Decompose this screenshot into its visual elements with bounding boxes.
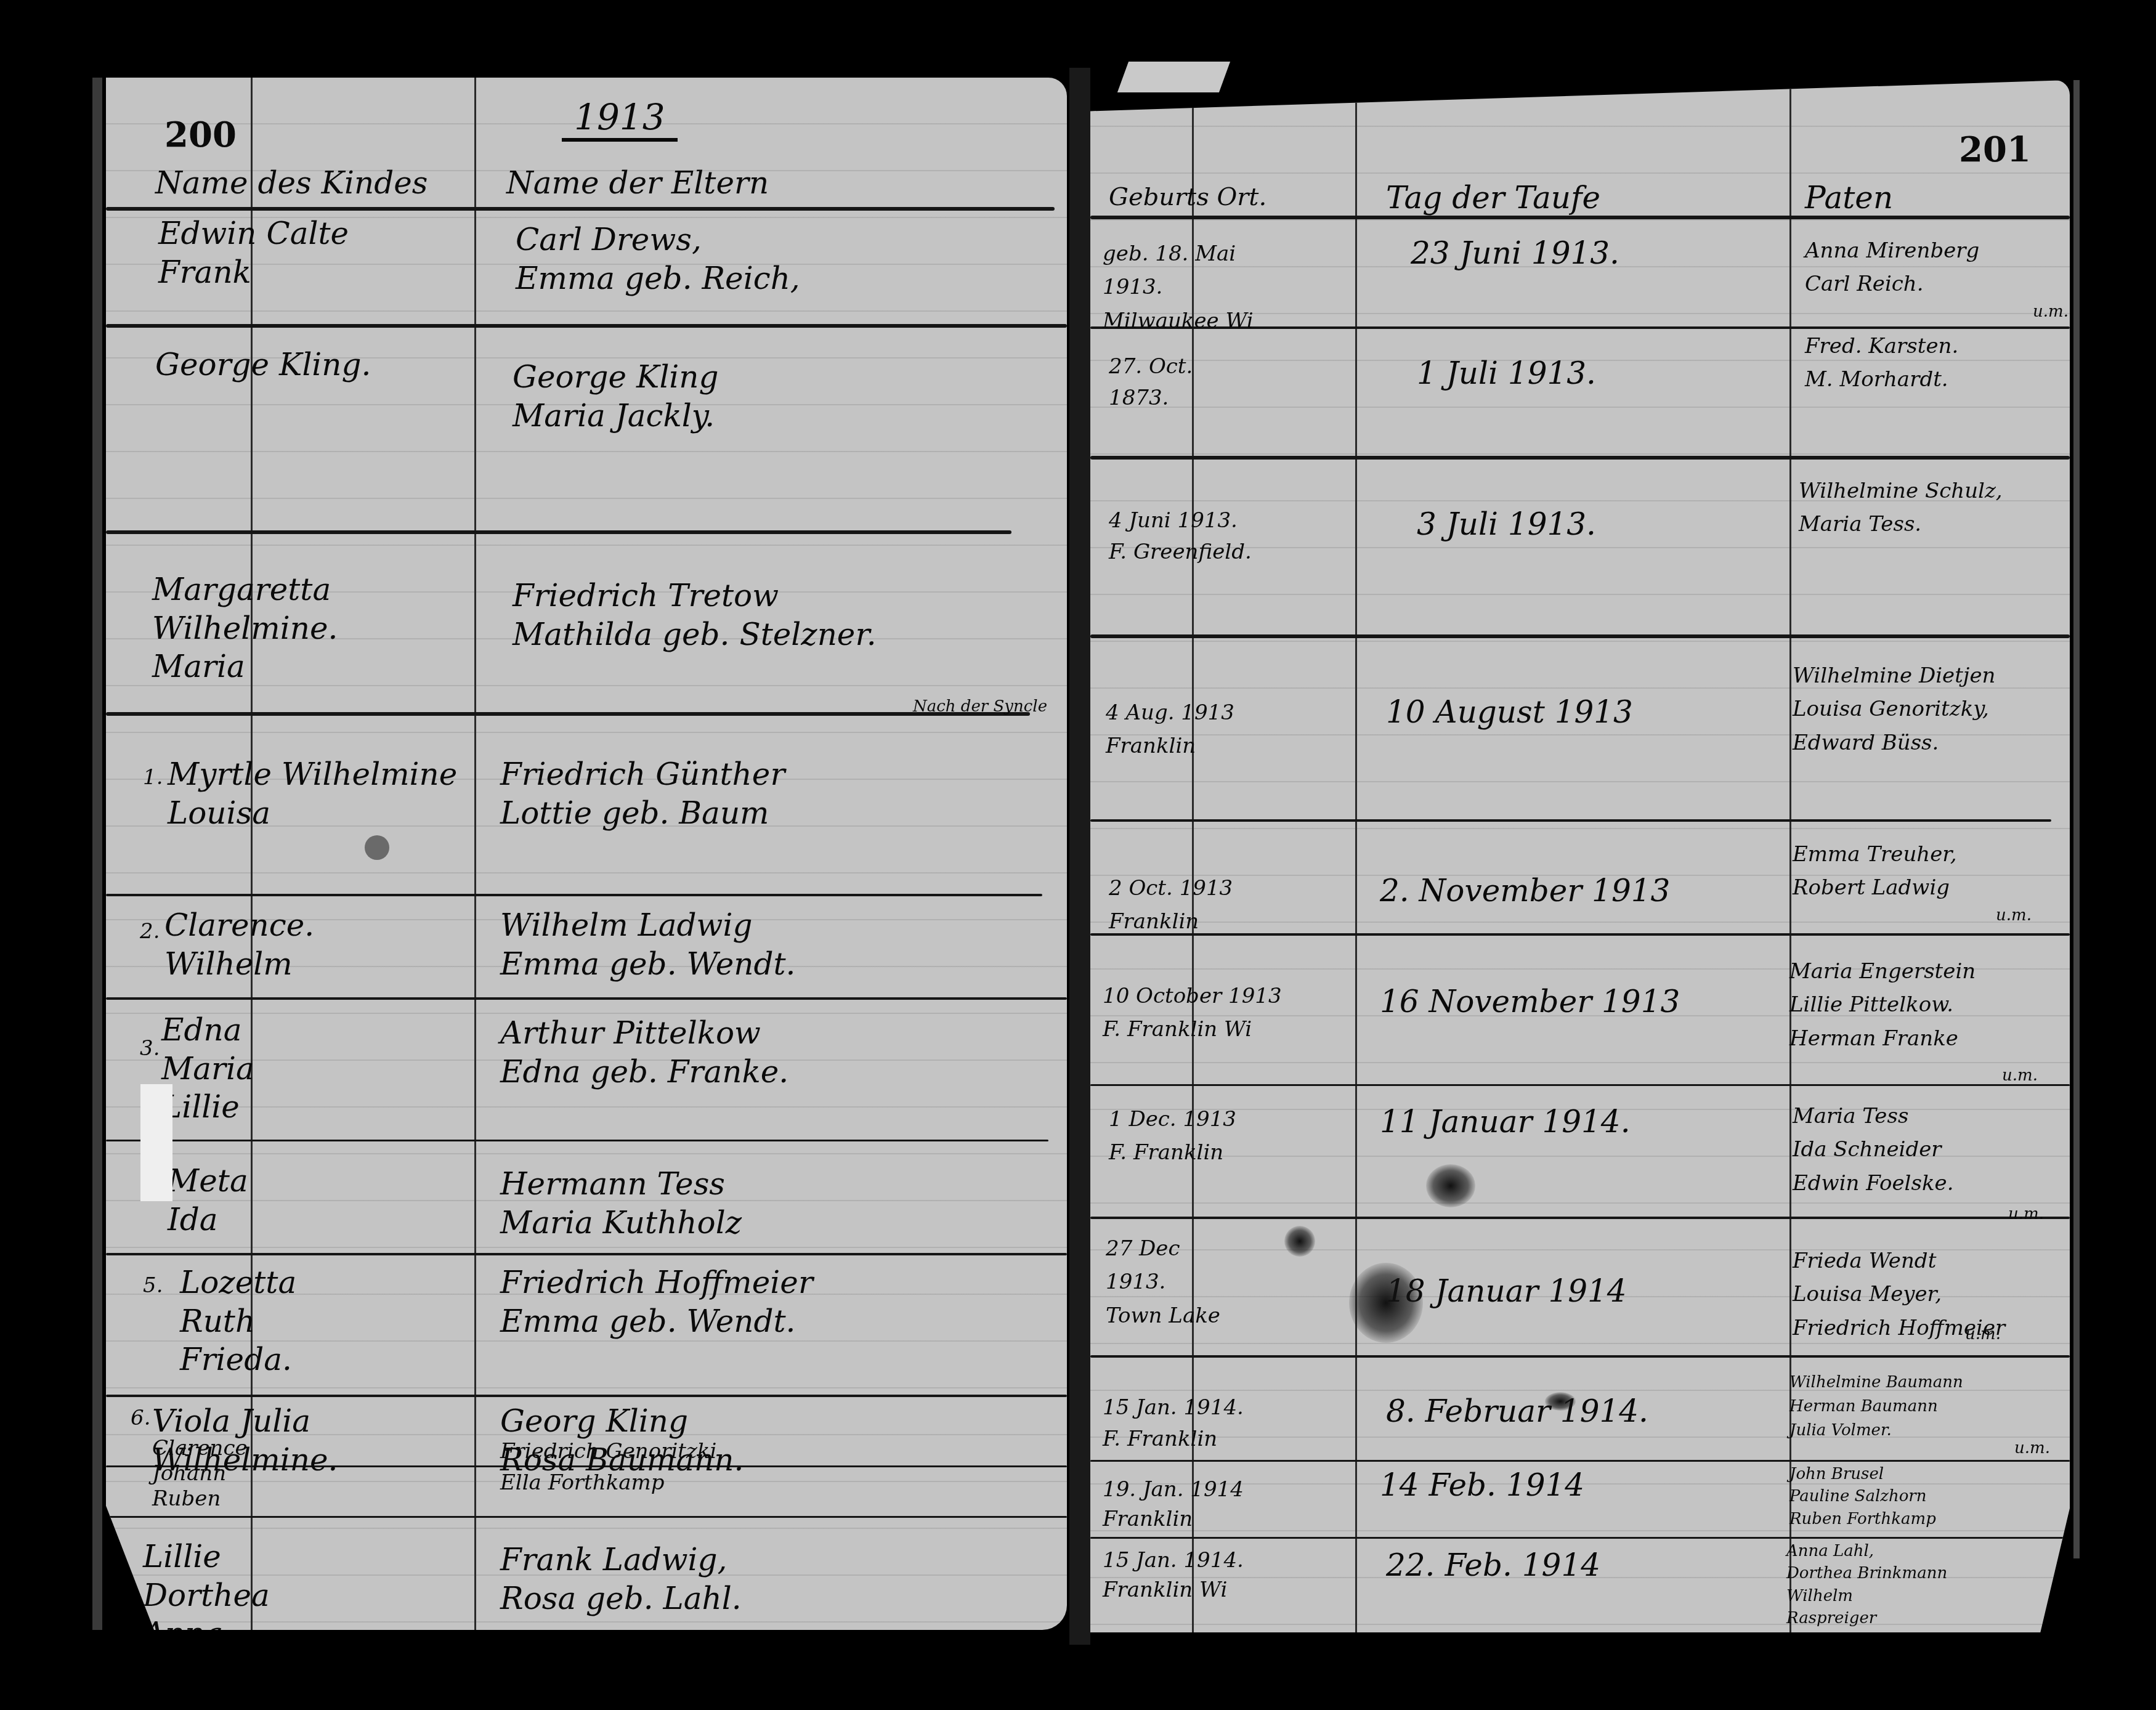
birth-date-place: 2 Oct. 1913 Franklin	[1109, 872, 1233, 939]
godparents-note: u.m.	[2033, 302, 2069, 322]
baptism-date: 11 Januar 1914.	[1380, 1103, 1631, 1141]
godparents: Maria Tess Ida Schneider Edwin Foelske.	[1793, 1100, 1953, 1200]
row-rule	[106, 1395, 1067, 1397]
birth-date-place: 10 October 1913 F. Franklin Wi	[1103, 979, 1282, 1047]
birth-date-place: geb. 18. Mai 1913. Milwaukee Wi	[1103, 237, 1254, 338]
parents-names: Friedrich Günther Lottie geb. Baum	[500, 755, 785, 832]
godparents: Fred. Karsten. M. Morhardt.	[1805, 330, 1958, 397]
row-rule	[106, 530, 1011, 534]
child-name: George Kling.	[155, 346, 371, 384]
birth-date-place: 15 Jan. 1914. Franklin Wi	[1103, 1546, 1244, 1605]
baptism-date: 8. Februar 1914.	[1386, 1392, 1648, 1431]
child-name: Edwin Calte Frank	[158, 214, 349, 291]
row-rule	[1090, 456, 2070, 460]
child-name: Clarence Johann Ruben	[152, 1436, 248, 1511]
row-rule	[106, 1140, 1048, 1141]
birth-date-place: 27 Dec 1913. Town Lake	[1106, 1232, 1220, 1332]
child-name: Lillie Dorthea Anna	[143, 1538, 270, 1653]
column-divider	[251, 78, 253, 1630]
right-page: 201 Geburts Ort. Tag der Taufe Paten geb…	[1090, 80, 2070, 1632]
row-rule	[106, 324, 1067, 328]
page-number: 201	[1959, 129, 2031, 170]
godparents-note: u.m.	[2014, 1438, 2050, 1459]
book-edge-right	[2073, 80, 2080, 1558]
page-number: 200	[164, 115, 237, 155]
row-rule	[1090, 933, 2070, 936]
parents-names: Wilhelm Ladwig Emma geb. Wendt.	[500, 906, 796, 983]
godparents: Maria Engerstein Lillie Pittelkow. Herma…	[1789, 955, 1976, 1055]
column-header-godparents: Paten	[1805, 179, 1893, 217]
parents-names: Carl Drews, Emma geb. Reich,	[516, 221, 800, 298]
column-header-parents: Name der Eltern	[506, 164, 769, 203]
parents-names: Friedrich Hoffmeier Emma geb. Wendt.	[500, 1263, 813, 1340]
birth-date-place: 27. Oct. 1873.	[1109, 351, 1193, 414]
ink-blot	[1545, 1392, 1576, 1411]
baptism-date: 22. Feb. 1914	[1386, 1546, 1600, 1585]
column-header-baptism: Tag der Taufe	[1386, 179, 1600, 217]
row-rule	[1090, 1217, 2070, 1219]
left-page: 200 1913 Name des Kindes Name der Eltern…	[106, 78, 1067, 1630]
parents-names: Frank Ladwig, Rosa geb. Lahl.	[500, 1541, 742, 1618]
child-name: Clarence. Wilhelm	[164, 906, 314, 983]
child-name: Margaretta Wilhelmine. Maria	[152, 570, 338, 686]
baptism-date: 14 Feb. 1914	[1380, 1466, 1584, 1505]
ink-blot	[1284, 1226, 1315, 1257]
column-header-child: Name des Kindes	[155, 164, 428, 203]
header-rule	[106, 207, 1055, 211]
birth-date-place: 15 Jan. 1914. F. Franklin	[1103, 1392, 1244, 1455]
column-divider	[474, 78, 476, 1630]
parents-names: Friedrich Genoritzki Ella Forthkamp	[500, 1436, 716, 1499]
baptism-date: 16 November 1913	[1380, 983, 1680, 1021]
birth-date-place: 19. Jan. 1914 Franklin	[1103, 1475, 1244, 1534]
parents-names: Hermann Tess Maria Kuthholz	[500, 1165, 742, 1242]
birth-date-place: 1 Dec. 1913 F. Franklin	[1109, 1103, 1236, 1170]
paper-spot	[365, 835, 389, 860]
parents-names: George Kling Maria Jackly.	[513, 358, 719, 435]
godparents-note: u.m.	[2008, 1204, 2044, 1225]
column-divider	[1355, 80, 1357, 1632]
baptism-date: 1 Juli 1913.	[1417, 354, 1596, 393]
godparents: Anna Lahl, Dorthea Brinkmann Wilhelm Ras…	[1786, 1540, 1947, 1630]
entry-number: 6.	[131, 1405, 150, 1432]
ink-blot	[1426, 1164, 1475, 1207]
baptism-date: 3 Juli 1913.	[1417, 505, 1596, 544]
godparents: John Brusel Pauline Salzhorn Ruben Forth…	[1789, 1463, 1936, 1530]
entry-number: 2.	[140, 918, 160, 945]
godparents-note: u.m.	[2002, 1066, 2038, 1086]
godparents: Emma Treuher, Robert Ladwig	[1793, 838, 1957, 905]
godparents-note: u.m.	[1965, 1324, 2001, 1345]
row-rule	[106, 894, 1042, 896]
godparents: Wilhelmine Schulz, Maria Tess.	[1799, 474, 2003, 541]
child-name: Edna Maria Lillie	[161, 1011, 254, 1127]
year-heading: 1913	[562, 96, 678, 142]
ink-blot	[1349, 1263, 1423, 1343]
row-rule	[106, 997, 1067, 1000]
baptism-date: 2. November 1913	[1380, 872, 1670, 910]
row-rule	[106, 1253, 1067, 1255]
row-rule	[106, 712, 1030, 716]
child-name: Myrtle Wilhelmine Louisa	[168, 755, 457, 832]
child-name: Lozetta Ruth Frieda.	[180, 1263, 296, 1379]
row-rule	[1090, 1460, 2070, 1462]
row-rule	[1090, 1355, 2070, 1358]
baptism-date: 10 August 1913	[1386, 693, 1633, 732]
parents-names: Friedrich Tretow Mathilda geb. Stelzner.	[513, 577, 877, 654]
baptism-date: 23 Juni 1913.	[1411, 234, 1619, 273]
godparents: Wilhelmine Baumann Herman Baumann Julia …	[1789, 1371, 1963, 1443]
godparents: Anna Mirenberg Carl Reich.	[1805, 234, 1979, 301]
white-patch	[140, 1084, 172, 1201]
book-spine	[1069, 68, 1090, 1645]
child-name: Meta Ida	[168, 1162, 248, 1239]
entry-number: 3.	[140, 1035, 160, 1062]
column-header-birth: Geburts Ort.	[1109, 182, 1266, 213]
row-rule	[1090, 634, 2070, 638]
godparents: Wilhelmine Dietjen Louisa Genoritzky, Ed…	[1793, 659, 1995, 760]
birth-date-place: 4 Juni 1913. F. Greenfield.	[1109, 505, 1252, 568]
row-rule	[1090, 1084, 2070, 1086]
book-edge-left	[92, 78, 102, 1630]
margin-note: Nach der Syncle	[913, 697, 1047, 717]
parents-names: Arthur Pittelkow Edna geb. Franke.	[500, 1014, 788, 1091]
row-rule	[1090, 1537, 2070, 1539]
entry-number: 1.	[143, 764, 163, 791]
paper-tab	[1117, 62, 1230, 92]
entry-number: 5.	[143, 1273, 163, 1299]
row-rule	[1090, 819, 2051, 822]
birth-date-place: 4 Aug. 1913 Franklin	[1106, 696, 1234, 763]
godparents-note: u.m.	[1996, 906, 2032, 926]
header-rule	[1090, 216, 2070, 219]
row-rule	[106, 1516, 1067, 1518]
